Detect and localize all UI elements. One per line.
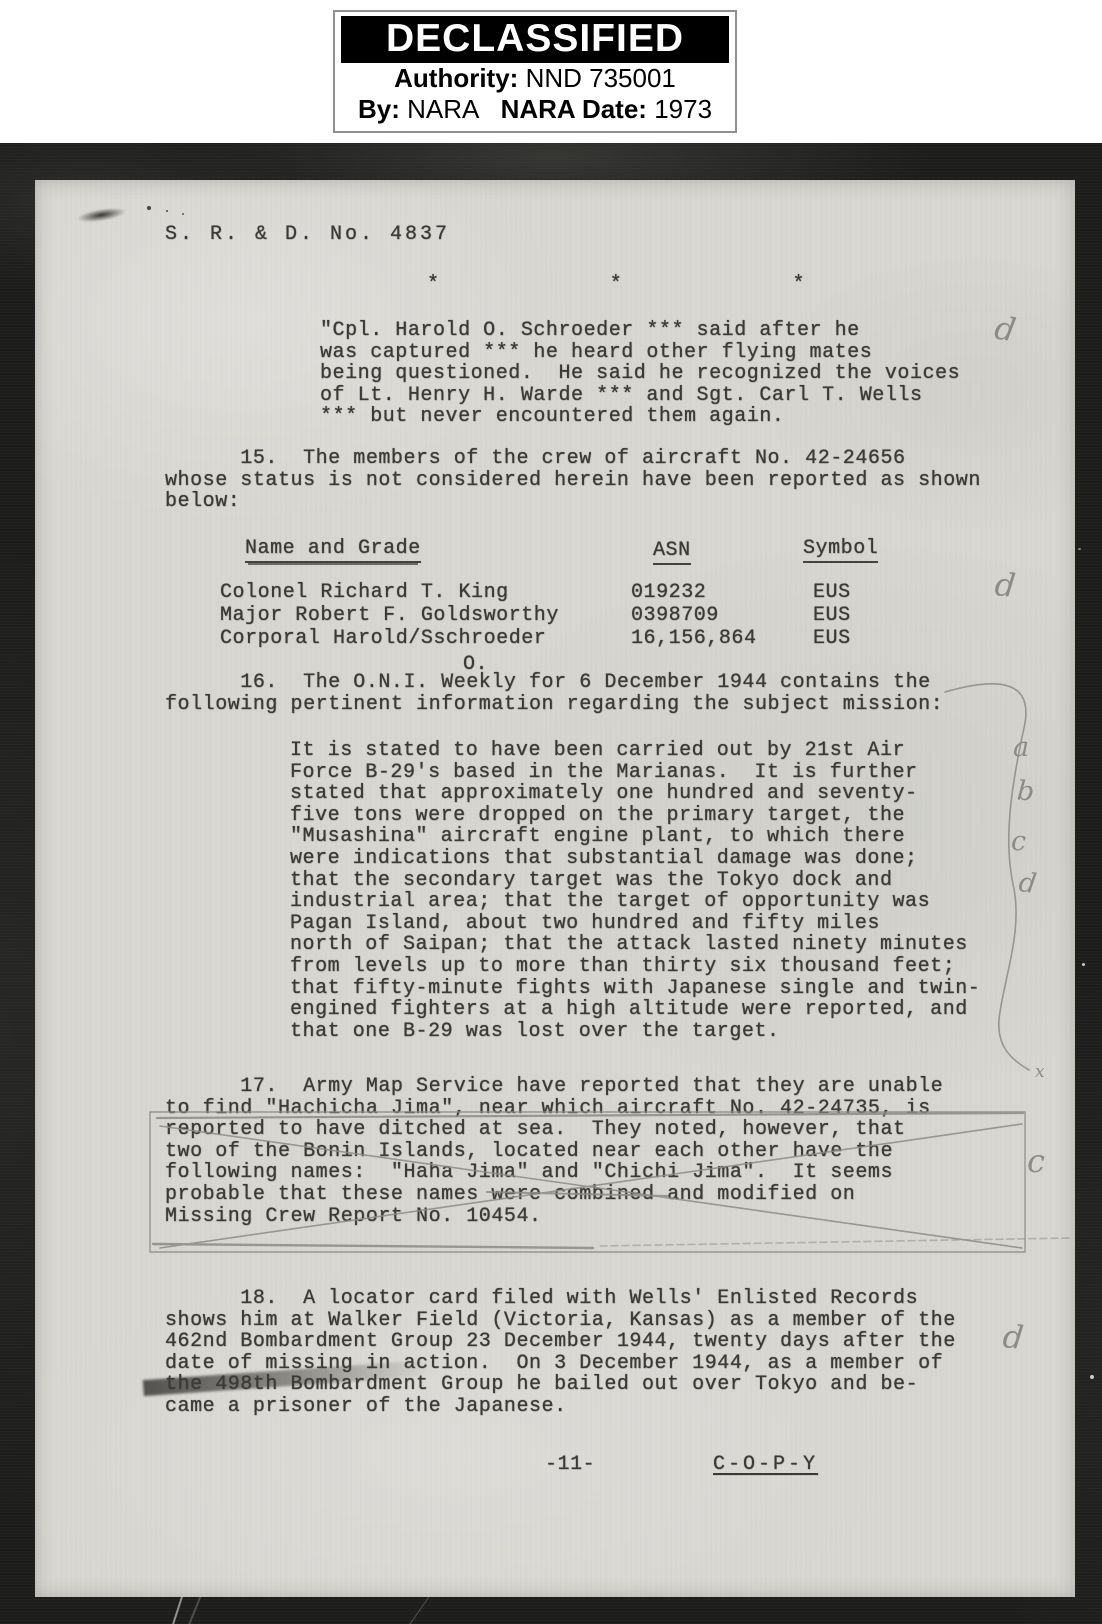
ink-dots xyxy=(147,206,151,210)
crew-asn: 16,156,864 xyxy=(631,628,757,650)
dust-speck xyxy=(1082,963,1085,966)
margin-note-c: c xyxy=(1011,826,1026,857)
paragraph-16-quote: It is stated to have been carried out by… xyxy=(290,740,980,1042)
authority-value: NND 735001 xyxy=(526,63,676,93)
reference-number: S. R. & D. No. 4837 xyxy=(165,224,450,246)
dust-speck xyxy=(1078,548,1081,550)
by-value: NARA xyxy=(407,94,479,124)
authority-line: Authority: NND 735001 xyxy=(341,63,729,94)
date-value: 1973 xyxy=(654,94,712,124)
margin-note-d: d xyxy=(992,309,1019,350)
crew-symbol: EUS xyxy=(813,628,851,650)
crew-symbol: EUS xyxy=(813,582,851,604)
paragraph-15: 15. The members of the crew of aircraft … xyxy=(165,448,981,513)
table-header-asn: ASN xyxy=(653,540,691,565)
scratch-mark xyxy=(409,1592,433,1624)
banner-area: DECLASSIFIED Authority: NND 735001 By: N… xyxy=(0,0,1102,143)
crew-name: Major Robert F. Goldsworthy xyxy=(220,605,559,627)
crew-asn: 0398709 xyxy=(631,605,719,627)
strikethrough-extension xyxy=(600,1238,1071,1246)
declassified-stamp: DECLASSIFIED Authority: NND 735001 By: N… xyxy=(333,10,737,133)
date-label: NARA Date: xyxy=(501,94,647,124)
margin-note-a: a xyxy=(1013,732,1029,763)
crew-name: Corporal Harold/Sschroeder xyxy=(220,628,546,650)
paragraph-16-intro: 16. The O.N.I. Weekly for 6 December 194… xyxy=(165,672,943,715)
margin-note-c: c xyxy=(1027,1142,1045,1180)
dust-speck xyxy=(1090,1375,1094,1379)
by-label: By: xyxy=(358,94,400,124)
margin-note-d: d xyxy=(993,565,1017,605)
paragraph-18: 18. A locator card filed with Wells' Enl… xyxy=(165,1288,956,1418)
declassified-title: DECLASSIFIED xyxy=(341,16,729,63)
margin-note-b: b xyxy=(1016,775,1035,807)
ink-smudge xyxy=(74,201,142,227)
authority-label: Authority: xyxy=(394,63,518,93)
by-line: By: NARA NARA Date: 1973 xyxy=(341,94,729,125)
quote-paragraph: "Cpl. Harold O. Schroeder *** said after… xyxy=(320,320,960,428)
copy-stamp: C-O-P-Y xyxy=(713,1454,818,1476)
crew-asn: 019232 xyxy=(631,582,706,604)
crew-name: Colonel Richard T. King xyxy=(220,582,509,604)
margin-note-d: d xyxy=(1017,867,1038,900)
scan-background: S. R. & D. No. 4837 * * * "Cpl. Harold O… xyxy=(0,143,1102,1624)
separator-asterisks: * * * xyxy=(427,274,805,296)
margin-note-d: d xyxy=(1001,1317,1025,1357)
table-header-symbol: Symbol xyxy=(803,538,878,563)
crew-symbol: EUS xyxy=(813,605,851,627)
margin-note-x: x xyxy=(1035,1062,1045,1082)
table-header-name: Name and Grade xyxy=(245,538,421,563)
paragraph-17: 17. Army Map Service have reported that … xyxy=(165,1076,943,1227)
strikethrough xyxy=(153,1244,593,1248)
document-page: S. R. & D. No. 4837 * * * "Cpl. Harold O… xyxy=(35,180,1075,1597)
page-number: -11- xyxy=(545,1454,595,1476)
